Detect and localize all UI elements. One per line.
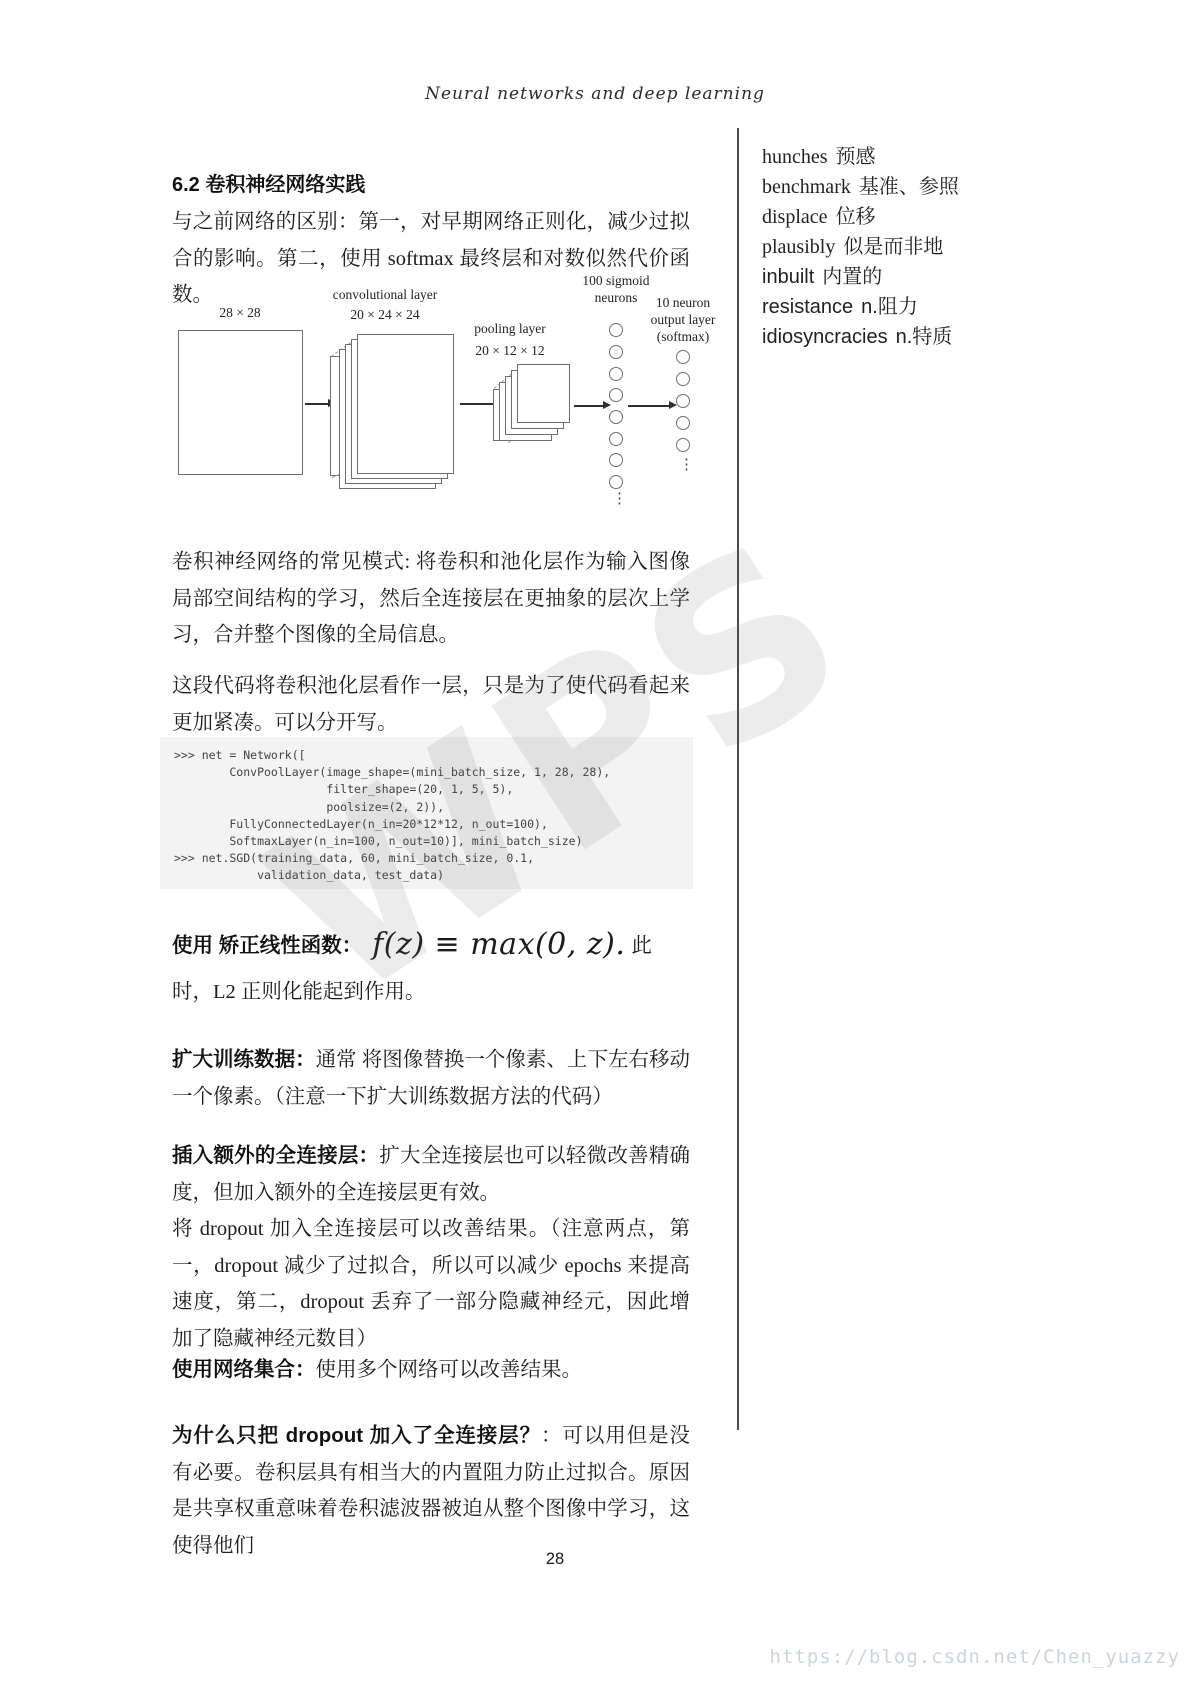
sigmoid-neuron <box>609 367 623 381</box>
conv-layer-label: convolutional layer <box>320 286 450 303</box>
vocab-meaning: 预感 <box>836 146 876 168</box>
vocab-word: plausibly <box>762 236 835 258</box>
code-line: filter_shape=(20, 1, 5, 5), <box>174 781 693 798</box>
sigmoid-neuron <box>609 388 623 402</box>
sigmoid-neuron <box>609 410 623 424</box>
pool-layer-label: pooling layer <box>455 320 565 337</box>
vocab-meaning: 位移 <box>836 206 876 228</box>
sigmoid-neuron <box>609 345 623 359</box>
code-line: >>> net = Network([ <box>174 747 693 764</box>
expand-lead: 扩大训练数据： <box>172 1048 316 1071</box>
vocab-meaning: n.特质 <box>896 326 953 348</box>
sigmoid-neuron <box>609 432 623 446</box>
output-neuron <box>676 416 690 430</box>
input-size-label: 28 × 28 <box>190 304 290 321</box>
vocab-item: idiosyncraciesn.特质 <box>762 322 1162 352</box>
code-line: ConvPoolLayer(image_shape=(mini_batch_si… <box>174 764 693 781</box>
why-dropout-paragraph: 为什么只把 dropout 加入了全连接层？：可以用但是没有必要。卷积层具有相当… <box>172 1418 690 1564</box>
fc-lead: 插入额外的全连接层： <box>172 1144 379 1167</box>
relu-lead: 使用 矫正线性函数： <box>172 934 362 957</box>
pool-feature-map-front <box>517 364 570 423</box>
vocab-meaning: n.阻力 <box>861 296 918 318</box>
vocab-item: benchmark基准、参照 <box>762 172 1162 202</box>
page-number: 28 <box>460 1550 650 1569</box>
vocab-word: resistance <box>762 296 853 318</box>
code-line: validation_data, test_data) <box>174 867 693 884</box>
cnn-architecture-diagram: 28 × 28 convolutional layer 20 × 24 × 24… <box>160 264 732 514</box>
relu-paragraph: 使用 矫正线性函数：f(z) ≡ max(0, z).此时，L2 正则化能起到作… <box>172 922 692 1015</box>
code-line: >>> net.SGD(training_data, 60, mini_batc… <box>174 850 693 867</box>
arrow-icon <box>628 405 670 407</box>
vocab-item: resistancen.阻力 <box>762 292 1162 322</box>
vocab-meaning: 内置的 <box>822 266 882 288</box>
url-watermark: https://blog.csdn.net/Chen_yuazzy <box>770 1646 1181 1668</box>
code-line: SoftmaxLayer(n_in=100, n_out=10)], mini_… <box>174 833 693 850</box>
arrow-icon <box>305 403 329 405</box>
section-title: 6.2 卷积神经网络实践 <box>172 168 692 197</box>
vocab-item: displace位移 <box>762 202 1162 232</box>
vocab-word: displace <box>762 206 828 228</box>
vocab-word: benchmark <box>762 176 851 198</box>
ensemble-lead: 使用网络集合： <box>172 1358 316 1381</box>
sigmoid-neuron <box>609 323 623 337</box>
vocabulary-sidebar: hunches预感 benchmark基准、参照 displace位移 plau… <box>762 142 1162 352</box>
vocab-meaning: 基准、参照 <box>859 176 959 198</box>
code-line: poolsize=(2, 2)), <box>174 799 693 816</box>
conv-size-label: 20 × 24 × 24 <box>320 306 450 323</box>
output-neuron <box>676 438 690 452</box>
code-intro-paragraph: 这段代码将卷积池化层看作一层，只是为了使代码看起来更加紧凑。可以分开写。 <box>172 668 690 741</box>
vertical-ellipsis: ⋮ <box>612 494 627 504</box>
relu-formula: f(z) ≡ max(0, z). <box>362 927 631 962</box>
output-label-line1: 10 neuron <box>628 294 738 311</box>
expand-data-paragraph: 扩大训练数据：通常 将图像替换一个像素、上下左右移动一个像素。（注意一下扩大训练… <box>172 1042 690 1115</box>
vocab-item: hunches预感 <box>762 142 1162 172</box>
ensemble-text: 使用多个网络可以改善结果。 <box>316 1359 583 1381</box>
sigmoid-neuron <box>609 453 623 467</box>
vertical-ellipsis: ⋮ <box>679 460 694 470</box>
why-lead: 为什么只把 dropout 加入了全连接层？ <box>172 1424 541 1447</box>
code-line: FullyConnectedLayer(n_in=20*12*12, n_out… <box>174 816 693 833</box>
sigmoid-label-line1: 100 sigmoid <box>556 272 676 289</box>
page-header-title: Neural networks and deep learning <box>0 84 1190 104</box>
vocab-word: inbuilt <box>762 266 814 288</box>
code-block: >>> net = Network([ ConvPoolLayer(image_… <box>160 737 693 889</box>
pool-size-label: 20 × 12 × 12 <box>455 342 565 359</box>
output-neuron <box>676 372 690 386</box>
output-neuron <box>676 350 690 364</box>
sigmoid-neuron <box>609 475 623 489</box>
vocab-item: plausibly似是而非地 <box>762 232 1162 262</box>
output-neuron <box>676 394 690 408</box>
arrow-icon <box>574 405 604 407</box>
fc-layer-paragraph: 插入额外的全连接层：扩大全连接层也可以轻微改善精确度，但加入额外的全连接层更有效… <box>172 1138 690 1357</box>
vocab-word: idiosyncracies <box>762 326 888 348</box>
ensemble-paragraph: 使用网络集合：使用多个网络可以改善结果。 <box>172 1352 690 1389</box>
vocab-item: inbuilt内置的 <box>762 262 1162 292</box>
output-label-line2: output layer <box>628 311 738 328</box>
conv-feature-map-front <box>357 334 454 474</box>
vocab-meaning: 似是而非地 <box>843 236 943 258</box>
pattern-paragraph: 卷积神经网络的常见模式: 将卷积和池化层作为输入图像局部空间结构的学习，然后全连… <box>172 544 690 654</box>
output-label-line3: (softmax) <box>628 328 738 345</box>
vocab-word: hunches <box>762 146 828 168</box>
fc-dropout-text: 将 dropout 加入全连接层可以改善结果。（注意两点，第一，dropout … <box>172 1211 690 1357</box>
input-image-square <box>178 330 303 475</box>
